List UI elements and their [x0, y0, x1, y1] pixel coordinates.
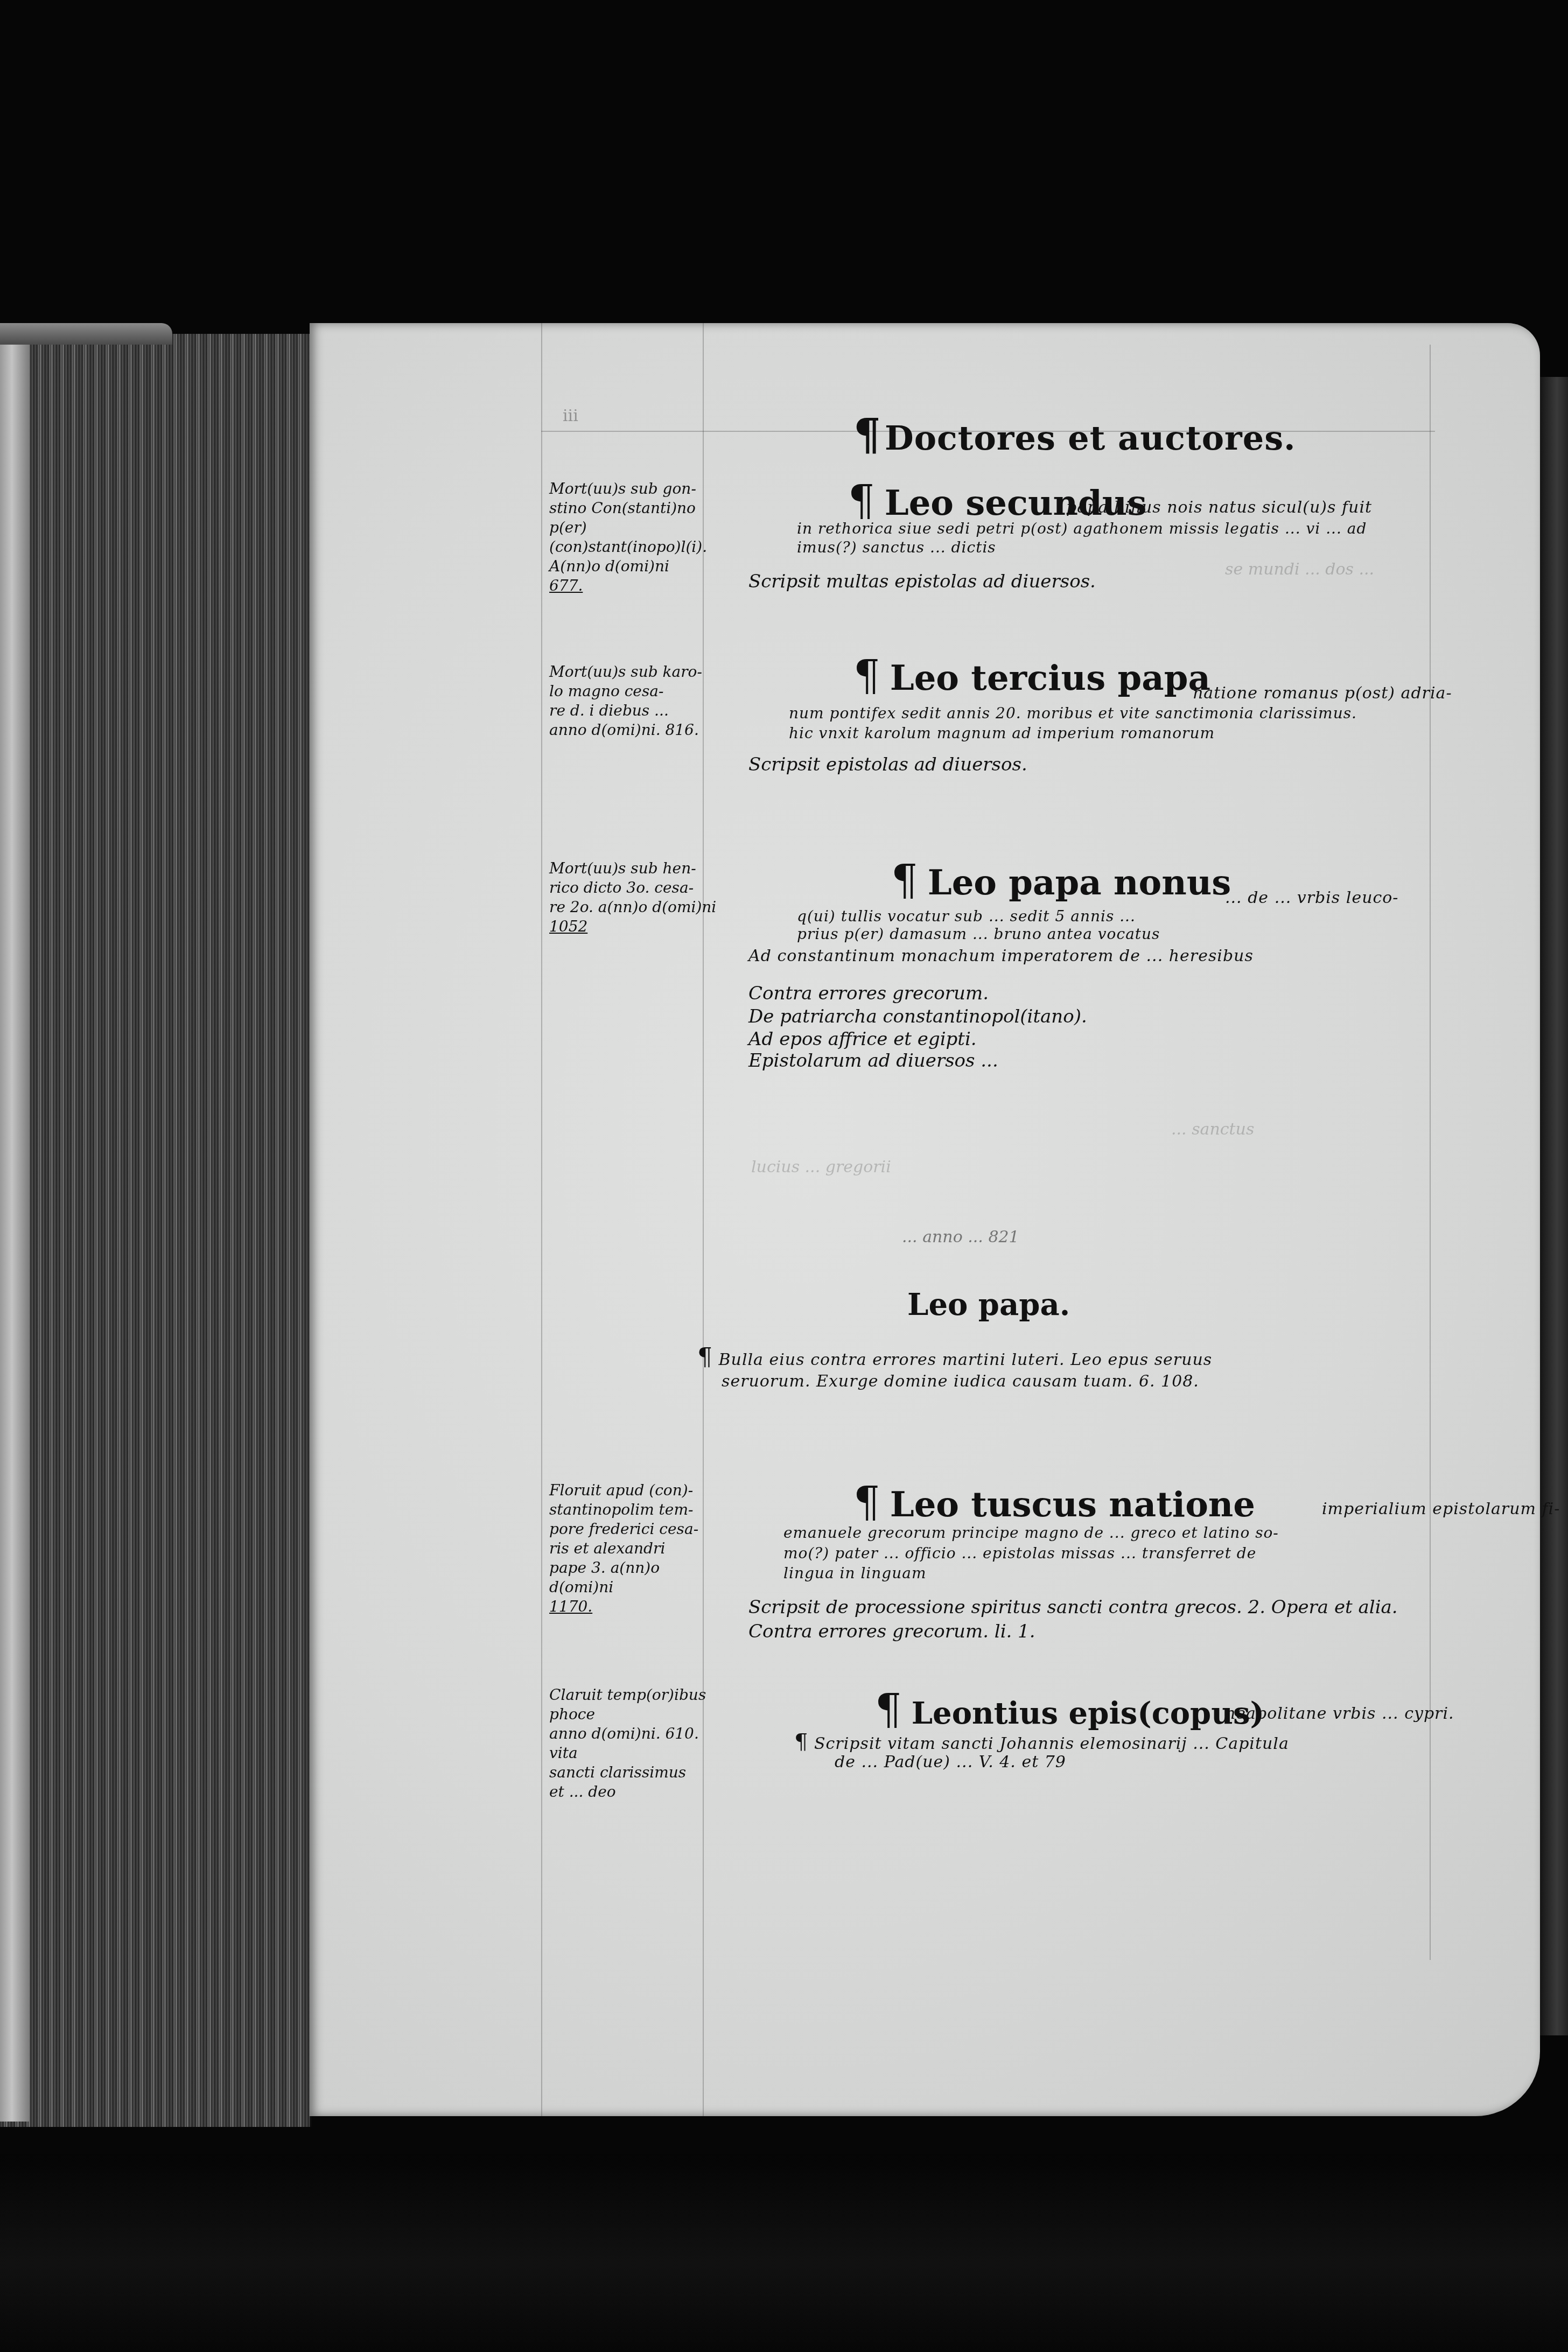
paragraph-mark-icon: ¶ — [891, 856, 918, 905]
pilcrow-icon: ¶ — [853, 409, 881, 460]
show-through-text: se mundi ... dos ... — [1225, 560, 1374, 579]
margin-note-year: 1170. — [549, 1597, 727, 1616]
entry-work-line: Epistolarum ad diuersos ... — [748, 1050, 998, 1072]
entry-text-line: ¶ Scripsit vitam sancti Johannis elemosi… — [794, 1730, 1289, 1754]
margin-note-line: et ... deo — [549, 1782, 727, 1802]
entry-text-line: hic vnxit karolum magnum ad imperium rom… — [789, 724, 1215, 742]
entry-text-line: num pontifex sedit annis 20. moribus et … — [789, 704, 1357, 722]
entry-heading: ¶Leontius epis(copus) — [875, 1685, 1264, 1734]
entry-text-line: prius p(er) damasum ... bruno antea voca… — [797, 925, 1160, 943]
entry-text-line: imperialium epistolarum fi- — [1322, 1500, 1560, 1518]
margin-note-year: 1052 — [549, 917, 727, 936]
margin-note-line: anno d(omi)ni. 816. — [549, 720, 727, 740]
book-board-edge — [0, 345, 30, 2122]
manuscript-page: iii ¶Doctores et auctores. Mort(uu)s sub… — [310, 323, 1540, 2116]
paragraph-mark-icon: ¶ — [794, 1730, 808, 1754]
entry-text-line: imus(?) sanctus ... dictis — [797, 538, 996, 556]
entry-heading-text: Leontius epis(copus) — [912, 1696, 1264, 1731]
entry-text-line: ¶ Bulla eius contra errores martini lute… — [697, 1343, 1212, 1371]
margin-note-line: pore frederici cesa- — [549, 1520, 727, 1539]
entry-text-line: Ad constantinum monachum imperatorem de … — [748, 947, 1254, 965]
margin-note-line: re 2o. a(nn)o d(omi)ni — [549, 898, 727, 917]
entry-heading: ¶Leo papa nonus — [891, 856, 1231, 905]
entry-heading: ¶Leo tercius papa — [853, 652, 1210, 700]
entry-work-line: De patriarcha constantinopol(itano). — [748, 1006, 1087, 1027]
margin-note-line: pape 3. a(nn)o d(omi)ni — [549, 1558, 727, 1597]
entry-text-line: lingua in linguam — [783, 1564, 927, 1582]
entry-text-line: q(ui) tullis vocatur sub ... sedit 5 ann… — [797, 907, 1136, 925]
entry-text-line: mo(?) pater ... officio ... epistolas mi… — [783, 1544, 1256, 1562]
margin-note-line: re d. i diebus ... — [549, 701, 727, 720]
entry-work-line: Scripsit epistolas ad diuersos. — [748, 754, 1027, 775]
entry-heading-text: Leo tuscus natione — [890, 1485, 1255, 1525]
show-through-text: lucius ... gregorii — [751, 1158, 891, 1177]
entry-heading-text: Leo papa. — [907, 1287, 1070, 1322]
margin-note-line: sancti clarissimus — [549, 1763, 727, 1782]
margin-note: Mort(uu)s sub hen- rico dicto 3o. cesa- … — [549, 859, 727, 936]
show-through-text: ... sanctus — [1171, 1120, 1254, 1139]
entry-text-line: neapolitane vrbis ... cypri. — [1225, 1704, 1454, 1723]
margin-note-line: Floruit apud (con)- — [549, 1481, 727, 1500]
entry-text-line: papa hinus nois natus sicul(u)s fuit — [1066, 498, 1372, 517]
margin-note-line: rico dicto 3o. cesa- — [549, 878, 727, 898]
margin-note-line: Mort(uu)s sub hen- — [549, 859, 727, 878]
entry-work-line: Contra errores grecorum. li. 1. — [748, 1621, 1035, 1642]
margin-note-line: Mort(uu)s sub karo- — [549, 662, 727, 682]
margin-note-line: lo magno cesa- — [549, 682, 727, 701]
entry-text: Bulla eius contra errores martini luteri… — [719, 1350, 1213, 1369]
paragraph-mark-icon: ¶ — [848, 477, 875, 525]
paragraph-mark-icon: ¶ — [853, 652, 880, 700]
photo-backdrop — [0, 2154, 1568, 2352]
margin-note: Floruit apud (con)- stantinopolim tem- p… — [549, 1481, 727, 1616]
margin-note-line: ris et alexandri — [549, 1539, 727, 1558]
entry-text-line: de ... Pad(ue) ... V. 4. et 79 — [835, 1753, 1066, 1772]
running-title: ¶Doctores et auctores. — [853, 409, 1296, 460]
margin-note-line: stino Con(stanti)no p(er) — [549, 499, 727, 537]
margin-note: Claruit temp(or)ibus phoce anno d(omi)ni… — [549, 1685, 727, 1802]
margin-note-line: Mort(uu)s sub gon- — [549, 479, 727, 499]
entry-text-line: seruorum. Exurge domine iudica causam tu… — [722, 1372, 1199, 1391]
facing-page-gutter — [1540, 377, 1568, 2035]
folio-mark: iii — [563, 407, 578, 425]
show-through-text: ... anno ... 821 — [902, 1228, 1019, 1247]
entry-work-line: Ad epos affrice et egipti. — [748, 1028, 977, 1050]
margin-note-line: Claruit temp(or)ibus phoce — [549, 1685, 727, 1724]
book-headcap — [0, 323, 172, 345]
entry-heading-text: Leo papa nonus — [928, 863, 1231, 903]
paragraph-mark-icon: ¶ — [853, 1478, 880, 1527]
paragraph-mark-icon: ¶ — [875, 1685, 902, 1734]
entry-work-line: Scripsit de processione spiritus sancti … — [748, 1597, 1398, 1618]
entry-text-line: natione romanus p(ost) adria- — [1193, 684, 1452, 703]
margin-note-line: anno d(omi)ni. 610. vita — [549, 1724, 727, 1763]
entry-heading-text: Leo tercius papa — [890, 658, 1210, 698]
entry-text-line: in rethorica siue sedi petri p(ost) agat… — [797, 520, 1367, 537]
entry-text-line: emanuele grecorum principe magno de ... … — [783, 1524, 1279, 1542]
entry-text: Scripsit vitam sancti Johannis elemosina… — [814, 1734, 1289, 1753]
margin-note-line: stantinopolim tem- — [549, 1500, 727, 1520]
ruling-line — [541, 323, 542, 2116]
entry-work-line: Scripsit multas epistolas ad diuersos. — [748, 571, 1096, 592]
running-title-text: Doctores et auctores. — [885, 418, 1296, 458]
margin-note: Mort(uu)s sub gon- stino Con(stanti)no p… — [549, 479, 727, 596]
book-fore-edge — [0, 334, 311, 2127]
margin-note-line: (con)stant(inopo)l(i). A(nn)o d(omi)ni — [549, 537, 727, 576]
entry-heading: Leo papa. — [907, 1287, 1070, 1322]
entry-text-line: ... de ... vrbis leuco- — [1225, 888, 1398, 907]
entry-heading: ¶Leo tuscus natione — [853, 1478, 1255, 1527]
paragraph-mark-icon: ¶ — [697, 1343, 713, 1371]
margin-note-year: 677. — [549, 576, 727, 596]
margin-note: Mort(uu)s sub karo- lo magno cesa- re d.… — [549, 662, 727, 740]
entry-work-line: Contra errores grecorum. — [748, 983, 989, 1004]
